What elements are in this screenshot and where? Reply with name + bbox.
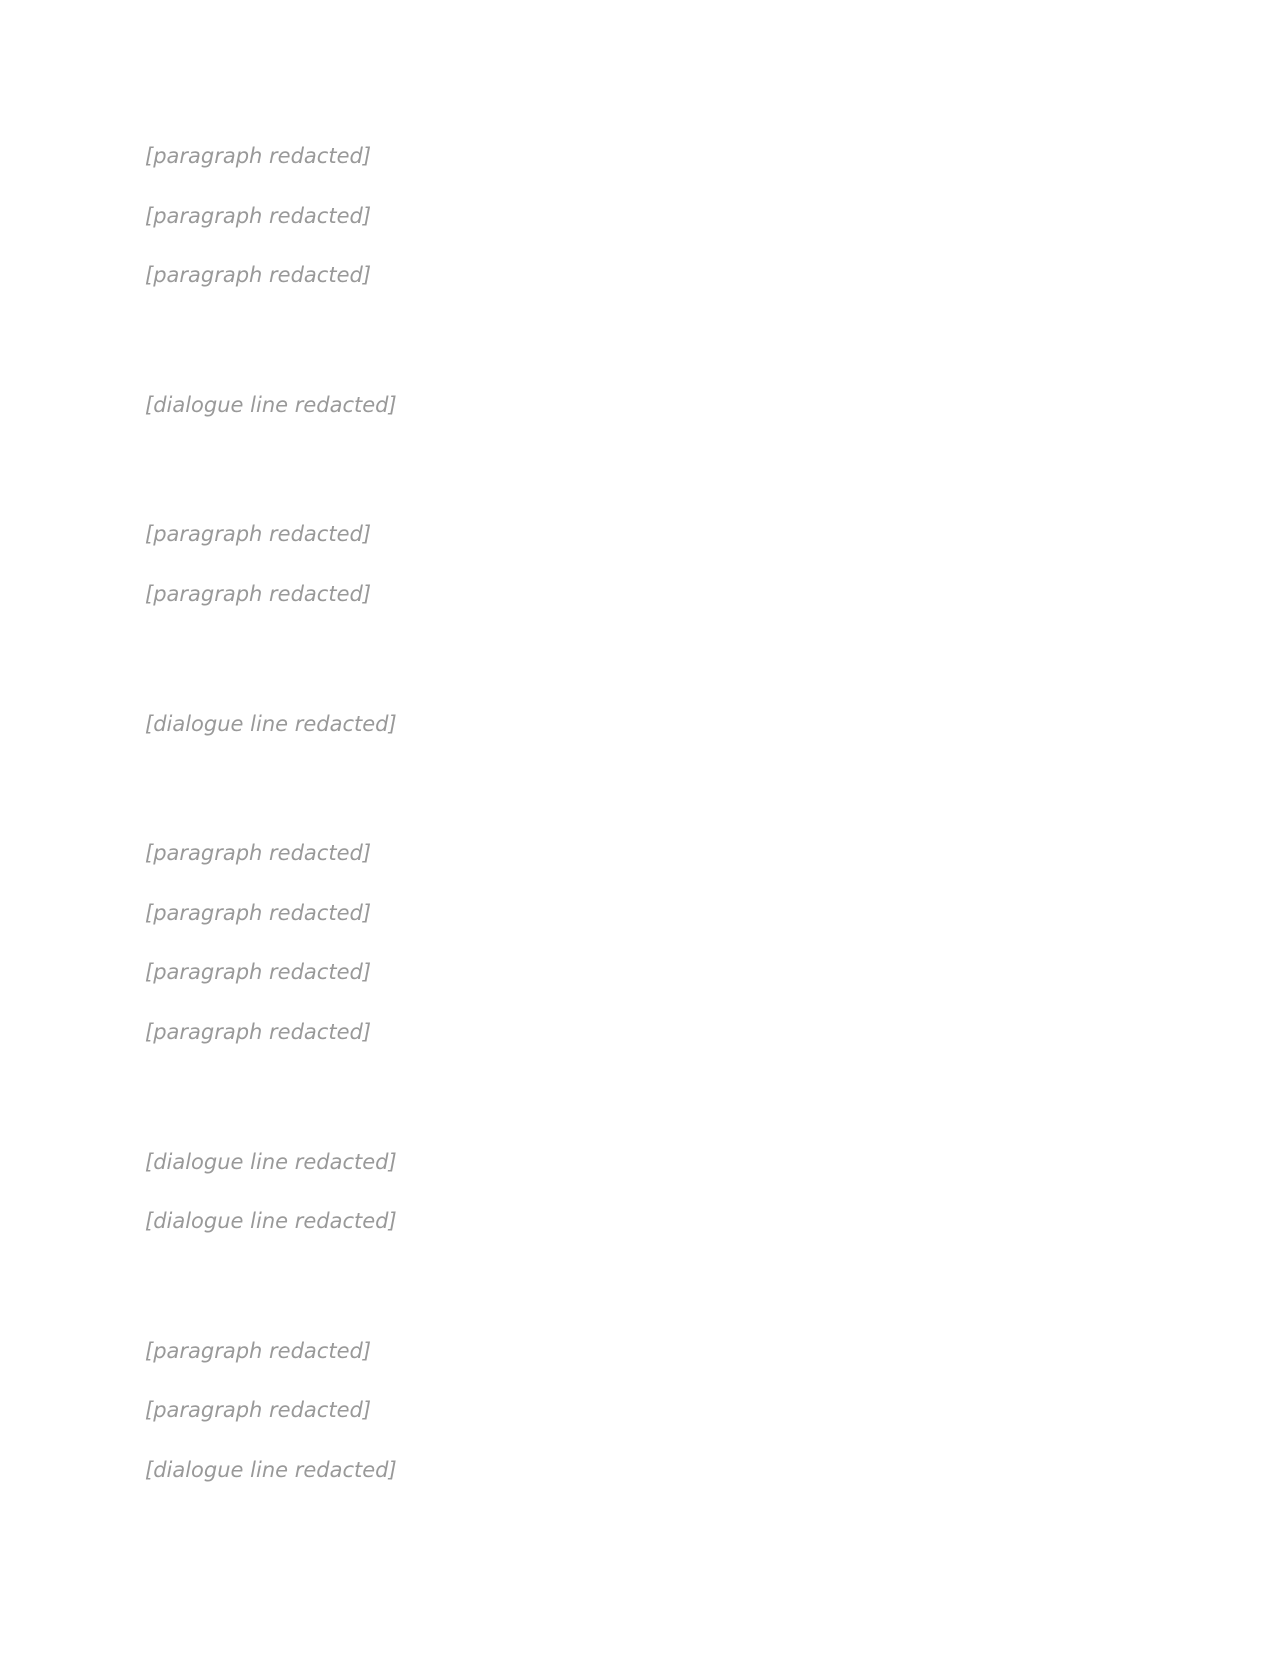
paragraph: [dialogue line redacted]	[145, 1205, 1135, 1239]
paragraph-spacer	[145, 319, 1135, 389]
document-page: [paragraph redacted][paragraph redacted]…	[0, 0, 1280, 1656]
paragraph: [paragraph redacted]	[145, 1016, 1135, 1050]
paragraph: [paragraph redacted]	[145, 200, 1135, 234]
paragraph: [paragraph redacted]	[145, 140, 1135, 174]
paragraph: [paragraph redacted]	[145, 1394, 1135, 1428]
paragraph: [dialogue line redacted]	[145, 389, 1135, 423]
paragraph: [paragraph redacted]	[145, 956, 1135, 990]
paragraph: [paragraph redacted]	[145, 837, 1135, 871]
paragraph: [paragraph redacted]	[145, 578, 1135, 612]
document-body: [paragraph redacted][paragraph redacted]…	[145, 140, 1135, 1514]
paragraph: [dialogue line redacted]	[145, 1454, 1135, 1488]
paragraph-spacer	[145, 1265, 1135, 1335]
paragraph: [paragraph redacted]	[145, 1335, 1135, 1369]
paragraph: [paragraph redacted]	[145, 259, 1135, 293]
paragraph-spacer	[145, 1076, 1135, 1146]
paragraph: [dialogue line redacted]	[145, 1146, 1135, 1180]
paragraph: [paragraph redacted]	[145, 518, 1135, 552]
paragraph: [paragraph redacted]	[145, 897, 1135, 931]
paragraph-spacer	[145, 767, 1135, 837]
paragraph-spacer	[145, 638, 1135, 708]
paragraph: [dialogue line redacted]	[145, 708, 1135, 742]
paragraph-spacer	[145, 448, 1135, 518]
